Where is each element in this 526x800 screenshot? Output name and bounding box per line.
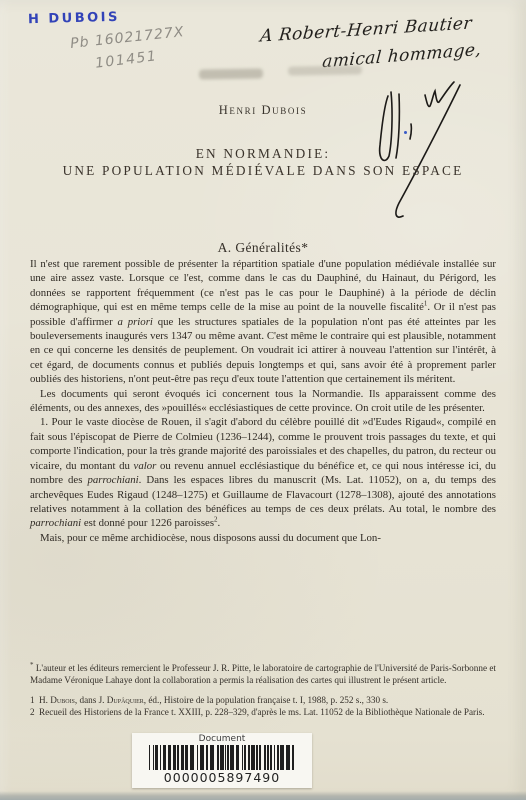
article-title-line2: UNE POPULATION MÉDIÉVALE DANS SON ESPACE bbox=[0, 163, 526, 180]
ink-dot bbox=[404, 131, 407, 134]
footnote-number: 2 bbox=[30, 706, 39, 718]
footnote-number: 1 bbox=[30, 694, 39, 706]
article-body: Il n'est que rarement possible de présen… bbox=[30, 257, 496, 545]
scan-bottom-edge bbox=[0, 791, 526, 800]
barcode-sticker: Document 0000005897490 bbox=[132, 733, 312, 788]
barcode-icon bbox=[132, 745, 312, 770]
paragraph: 1. Pour le vaste diocèse de Rouen, il s'… bbox=[30, 415, 496, 530]
faded-stamp-smudge bbox=[199, 68, 263, 79]
scanned-document-page: H DUBOIS Pb 16021727X 101451 A Robert-He… bbox=[0, 0, 526, 800]
footnote-list: 1H. Dubois, dans J. Dupâquier, éd., Hist… bbox=[30, 694, 496, 719]
article-title: EN NORMANDIE: UNE POPULATION MÉDIÉVALE D… bbox=[0, 146, 526, 179]
handwritten-owner-name: H DUBOIS bbox=[28, 10, 120, 27]
barcode-caption: Document bbox=[132, 734, 312, 744]
article-title-line1: EN NORMANDIE: bbox=[0, 146, 526, 163]
barcode-number: 0000005897490 bbox=[132, 770, 312, 785]
author-name: Henri Dubois bbox=[0, 103, 526, 118]
handwritten-dedication-line1: A Robert-Henri Bautier bbox=[259, 13, 473, 46]
section-heading: A. Généralités* bbox=[0, 240, 526, 256]
footnote-acknowledgement: * L'auteur et les éditeurs remercient le… bbox=[30, 662, 496, 687]
handwritten-pencil-shelf-number: 101451 bbox=[94, 48, 158, 71]
handwritten-pencil-catalog-number: Pb 16021727X bbox=[69, 24, 185, 52]
paragraph: Les documents qui seront évoqués ici con… bbox=[30, 387, 496, 416]
faded-stamp-smudge bbox=[288, 65, 362, 75]
footnote-item: 2Recueil des Historiens de la France t. … bbox=[30, 706, 496, 718]
paragraph: Il n'est que rarement possible de présen… bbox=[30, 257, 496, 387]
paragraph: Mais, pour ce même archidiocèse, nous di… bbox=[30, 531, 496, 545]
footnote-item: 1H. Dubois, dans J. Dupâquier, éd., Hist… bbox=[30, 694, 496, 706]
footnotes: * L'auteur et les éditeurs remercient le… bbox=[30, 662, 496, 718]
